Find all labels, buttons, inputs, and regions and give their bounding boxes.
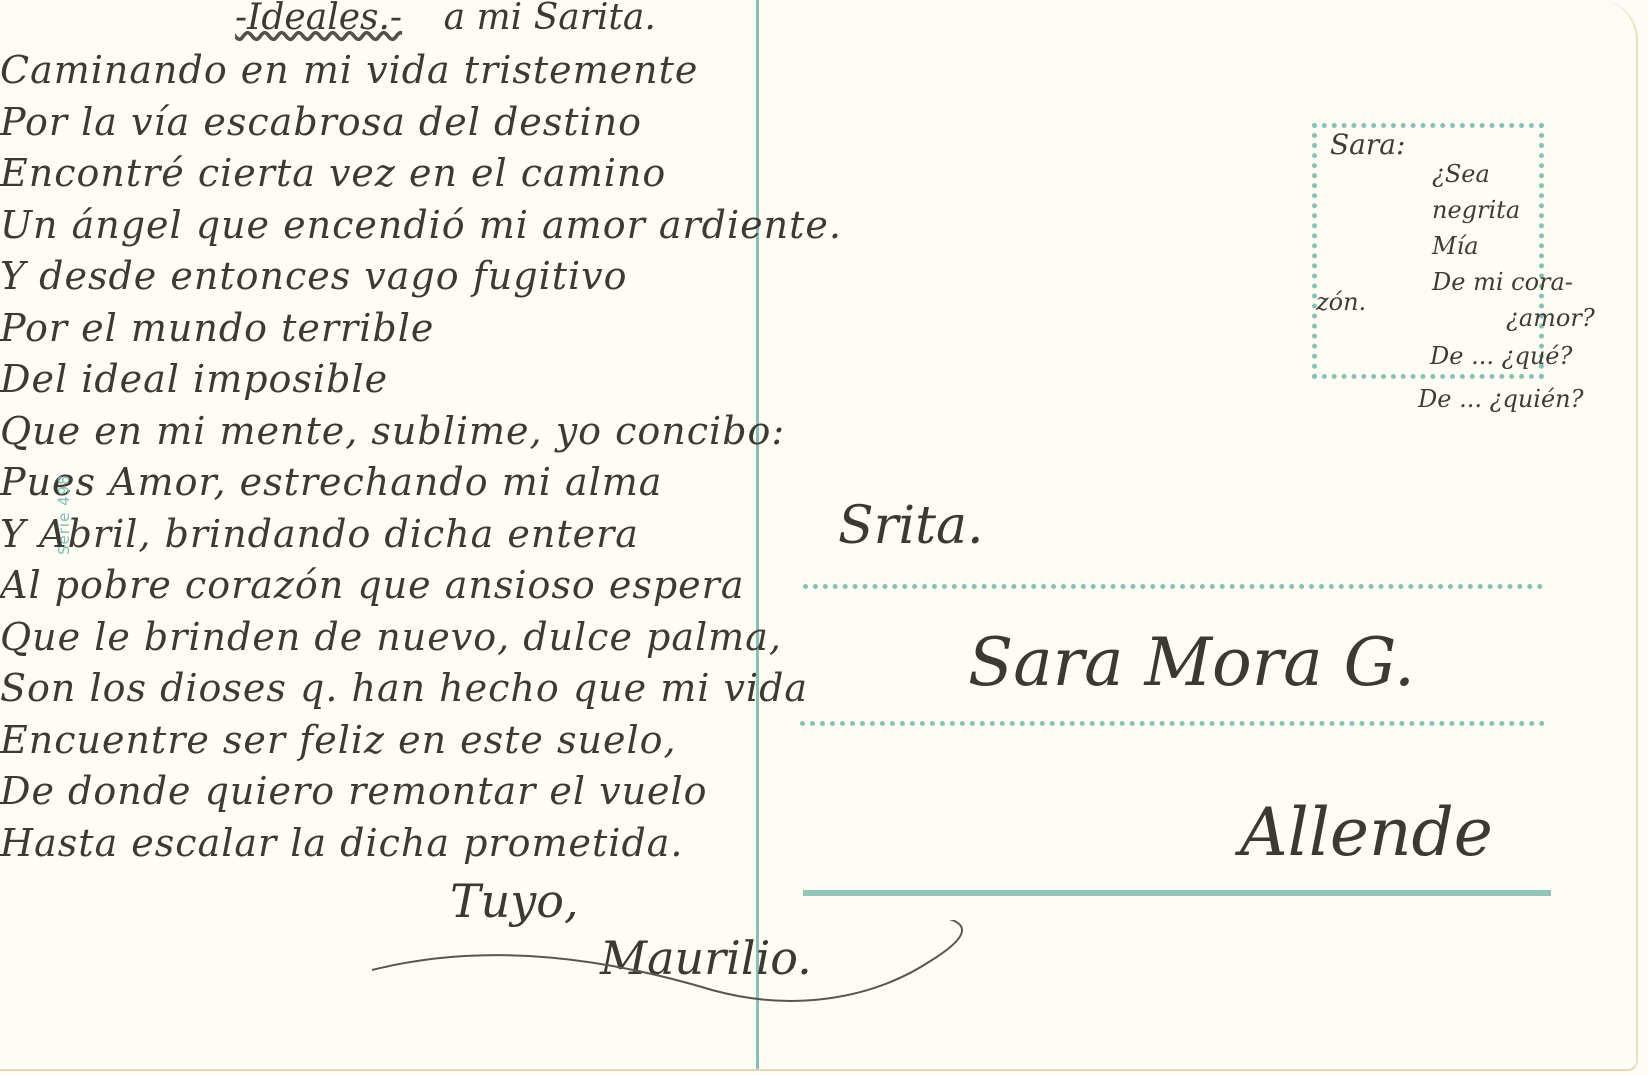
- poem-line: Un ángel que encendió mi amor ardiente.: [0, 203, 980, 255]
- stamp-note-line: ¿amor?: [1506, 304, 1595, 332]
- address-line-2: [800, 721, 1545, 726]
- poem-line: Que en mi mente, sublime, yo concibo:: [0, 409, 980, 461]
- stamp-note-line: De ... ¿qué?: [1430, 342, 1572, 370]
- stamp-note-line: De ... ¿quién?: [1418, 385, 1583, 413]
- series-print-mark: Serie 498: [55, 474, 73, 555]
- poem-dedication: a mi Sarita.: [444, 0, 656, 38]
- signature-flourish: [372, 920, 992, 1010]
- stamp-note-line: Sara:: [1330, 128, 1405, 161]
- poem-body: Caminando en mi vida tristemente Por la …: [0, 48, 980, 872]
- poem-line: Y desde entonces vago fugitivo: [0, 254, 980, 306]
- poem-title: -Ideales.-: [235, 0, 402, 38]
- postcard-back: -Ideales.- a mi Sarita. Caminando en mi …: [0, 0, 1638, 1071]
- poem-line: De donde quiero remontar el vuelo: [0, 769, 980, 821]
- stamp-note-line: zón.: [1316, 288, 1366, 316]
- stamp-note-line: ¿Sea: [1432, 160, 1490, 188]
- stamp-note-line: De mi cora-: [1432, 268, 1573, 296]
- poem-line: Del ideal imposible: [0, 357, 980, 409]
- address-recipient: Sara Mora G.: [968, 630, 1415, 696]
- address-line-3: [803, 890, 1551, 896]
- poem-line: Hasta escalar la dicha prometida.: [0, 821, 980, 873]
- poem-line: Encontré cierta vez en el camino: [0, 151, 980, 203]
- address-line-1: [803, 584, 1543, 589]
- poem-line: Que le brinden de nuevo, dulce palma,: [0, 615, 980, 667]
- poem-line: Caminando en mi vida tristemente: [0, 48, 980, 100]
- stamp-note-line: Mía: [1432, 232, 1479, 260]
- poem-line: Por la vía escabrosa del destino: [0, 100, 980, 152]
- stamp-note-line: negrita: [1432, 196, 1520, 224]
- address-salutation: Srita.: [838, 500, 984, 552]
- poem-line: Y Abril, brindando dicha entera: [0, 512, 980, 564]
- stamp-placement-box: [1312, 123, 1544, 379]
- signoff: Tuyo,: [450, 878, 579, 924]
- poem-line: Son los dioses q. han hecho que mi vida: [0, 666, 980, 718]
- poem-line: Por el mundo terrible: [0, 306, 980, 358]
- poem-line: Pues Amor, estrechando mi alma: [0, 460, 980, 512]
- address-city: Allende: [1240, 800, 1493, 866]
- poem-heading: -Ideales.- a mi Sarita.: [235, 0, 656, 36]
